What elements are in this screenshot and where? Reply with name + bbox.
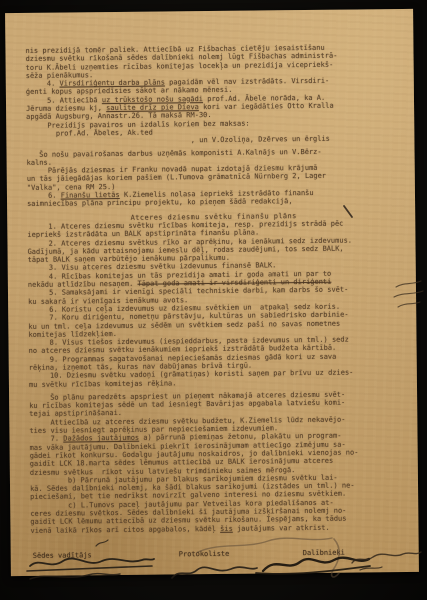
secretary-signature-label: Protokoliste (179, 550, 230, 559)
plan-item-2: 2. Atceres dziesmu svētkus rīko ar aprēķ… (27, 236, 400, 265)
plan-item-10: 10. Dziesmu svētku vadoņi (grāmatiņas) k… (29, 368, 402, 388)
item-7a-misc: 7. Dažādos jautājumos a) pārrunā piemiņa… (29, 431, 402, 476)
scanned-protocol-page: { "page": { "background_color": "#0c0b09… (0, 0, 427, 600)
document-paper: nis prezidijā tomēr paliek. Attiecībā uz… (5, 9, 419, 576)
item-6-finance: 6. Finanšu lietās K.Ziemelis nolasa iepr… (27, 188, 400, 208)
chair-signature-label: Sēdes vadītājs (33, 551, 92, 560)
typewritten-text: nis prezidijā tomēr paliek. Attiecībā uz… (25, 43, 403, 535)
para-continuation: nis prezidijā tomēr paliek. Attiecībā uz… (25, 43, 398, 80)
participants-signature-label: Dalībnieki (303, 549, 345, 557)
item-7c-choir: c) L.Tumovs paceļ jautājumu par Vetveila… (30, 498, 403, 535)
signature-block: Sēdes vadītājs Protokoliste Dalībnieki (11, 548, 419, 564)
